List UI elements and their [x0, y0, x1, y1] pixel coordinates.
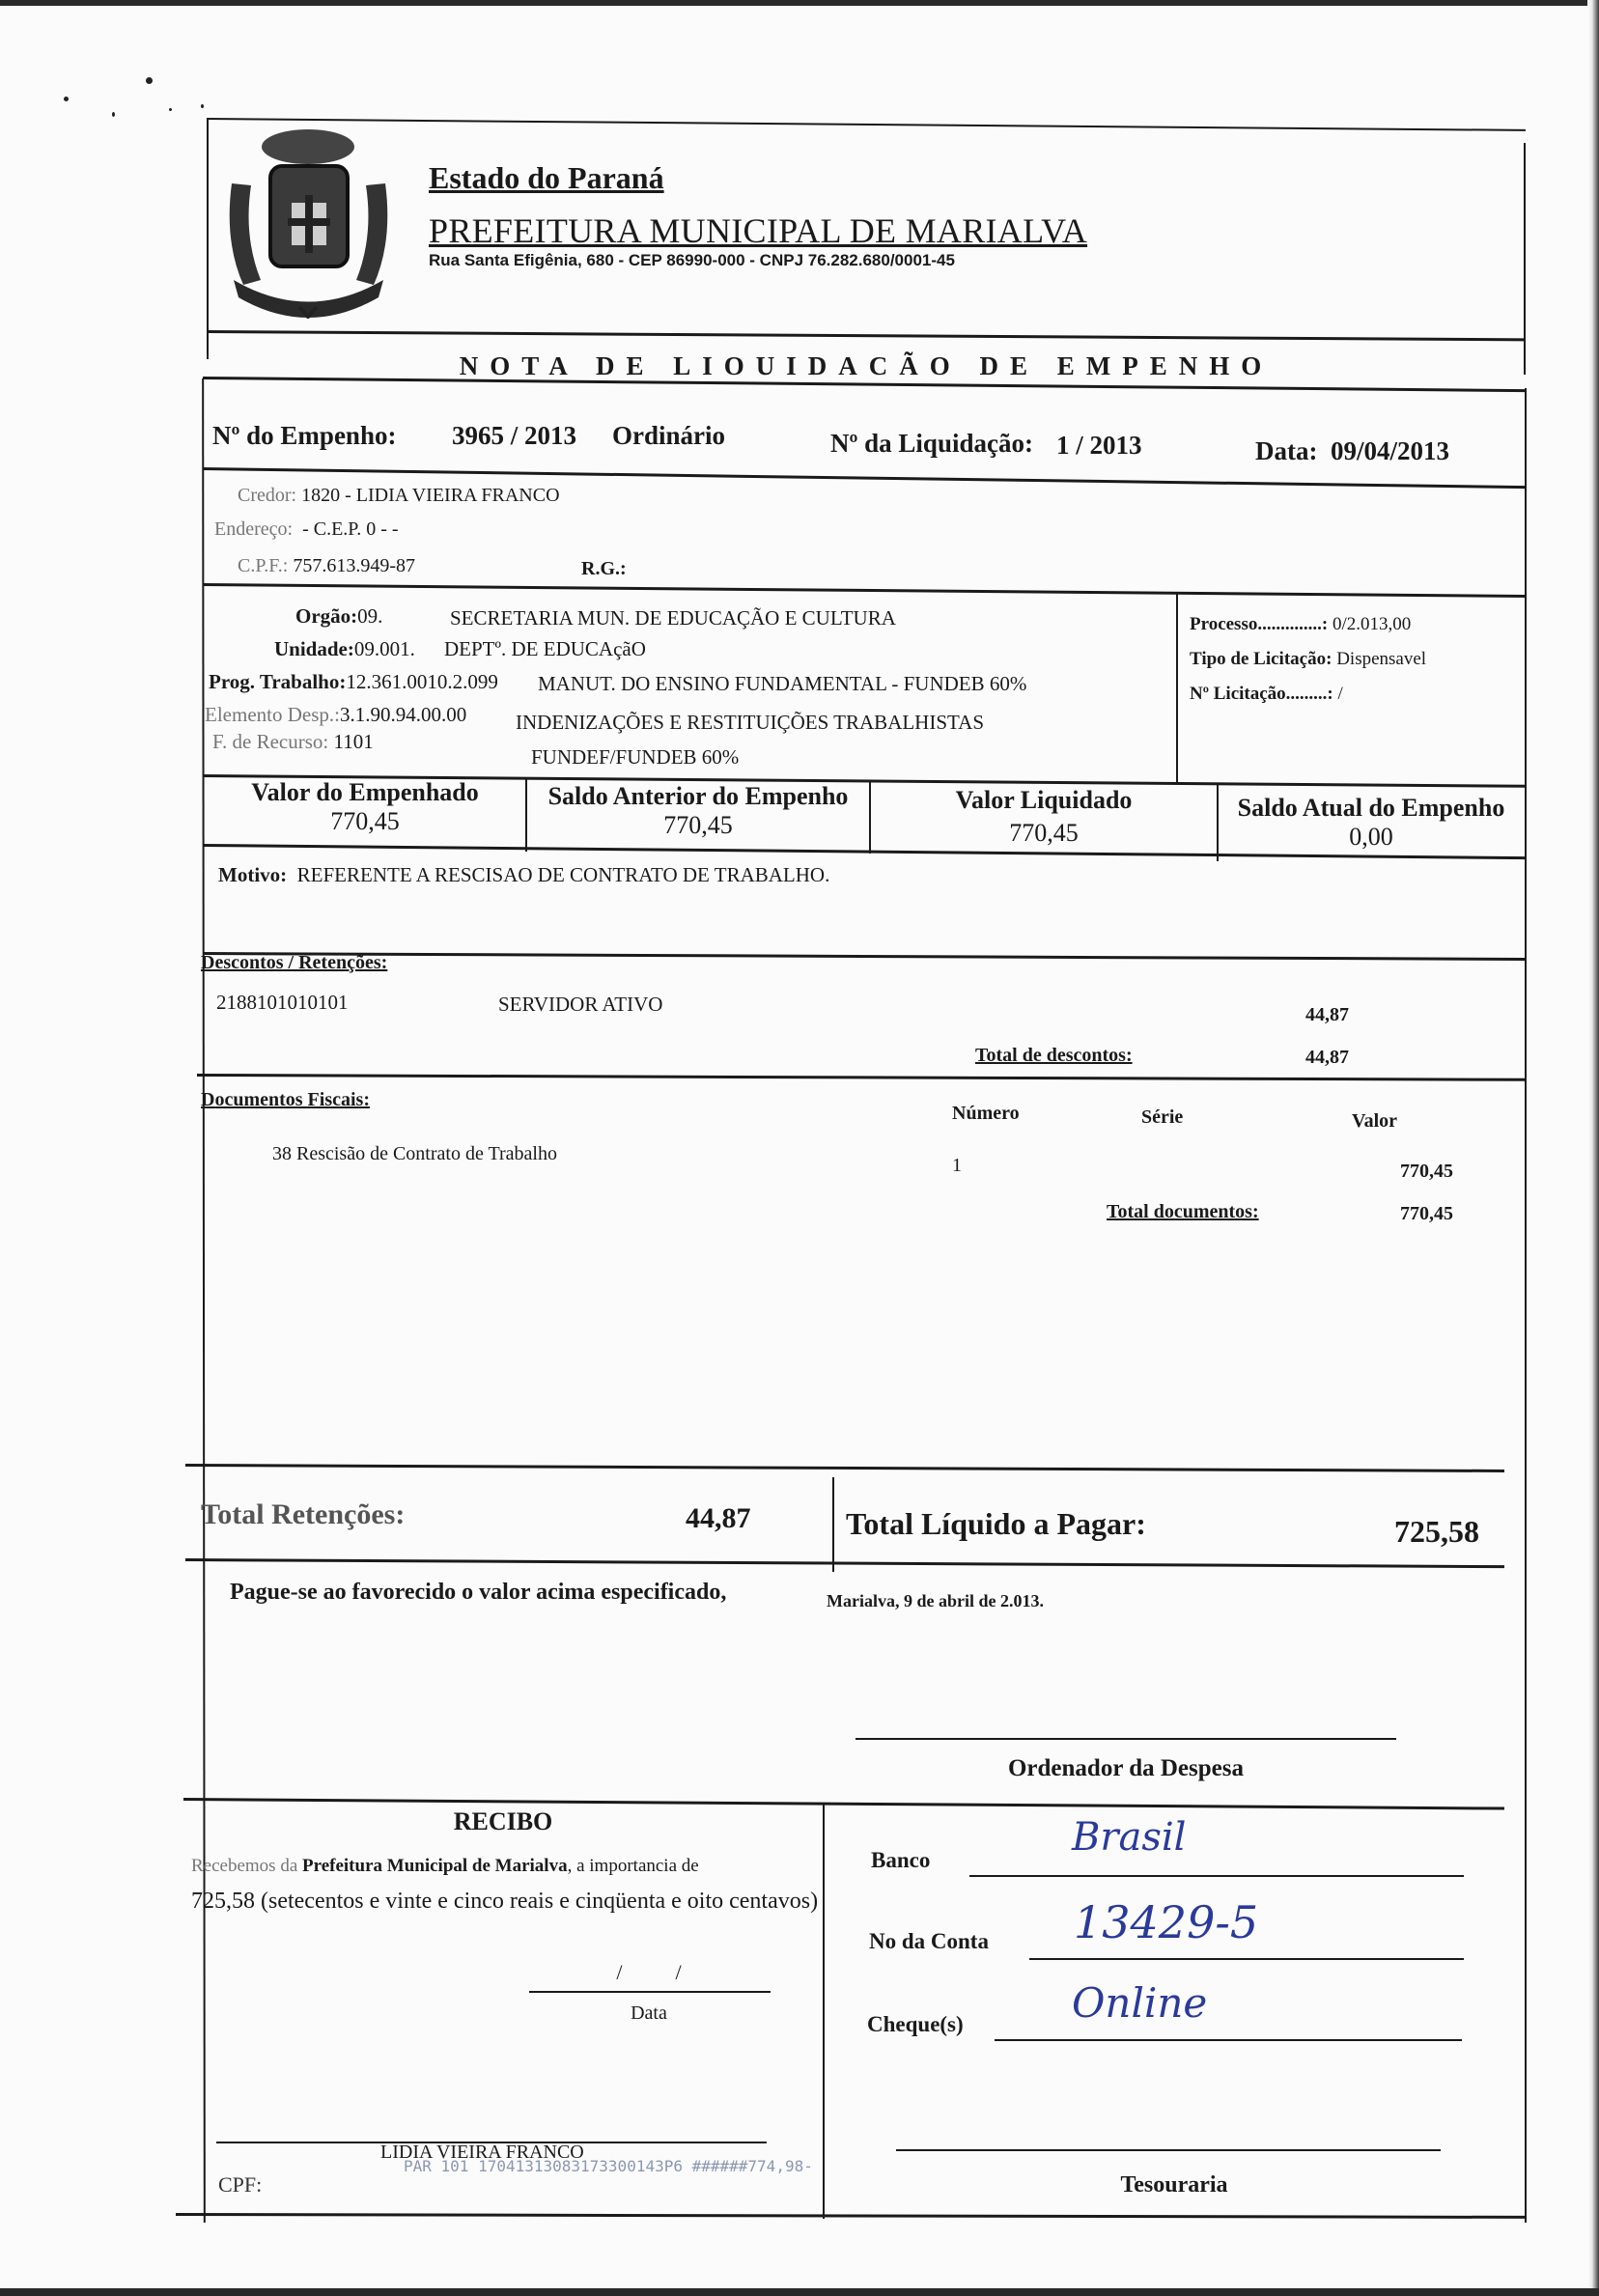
scan-edge: [0, 0, 1599, 6]
liquidacao-label: Nº da Liquidação:: [830, 429, 1033, 459]
documentos-total-value: 770,45: [1400, 1203, 1453, 1225]
valor-empenhado-label: Valor do Empenhado: [205, 778, 525, 807]
total-retencoes-label: Total Retenções:: [201, 1498, 405, 1531]
processo-line: Processo..............: 0/2.013,00: [1190, 614, 1411, 635]
border: [185, 1558, 1504, 1568]
tesouraria-label: Tesouraria: [825, 2172, 1524, 2198]
empenho-label: Nº do Empenho:: [212, 421, 396, 450]
scan-speck: [201, 104, 204, 108]
valor-liquidado-value: 770,45: [871, 819, 1217, 848]
numero-licitacao-line: Nº Licitação.........: /: [1190, 684, 1343, 705]
total-liquido-value: 725,58: [1394, 1514, 1479, 1550]
cpf-line: C.P.F.: 757.613.949-87: [238, 555, 415, 577]
prefeitura-address: Rua Santa Efigênia, 680 - CEP 86990-000 …: [429, 251, 955, 270]
processo-value: 0/2.013,00: [1332, 614, 1411, 634]
recurso-label: F. de Recurso:: [212, 730, 328, 753]
orgao-label: Orgão:: [295, 604, 357, 628]
empenho-number-field: Nº do Empenho:: [212, 421, 396, 451]
desconto-value: 44,87: [1305, 1004, 1349, 1026]
documento-numero: 1: [952, 1155, 962, 1177]
border: [185, 1464, 1504, 1472]
empenho-number: 3965 / 2013: [452, 421, 576, 451]
conta-line[interactable]: [1029, 1958, 1464, 1960]
ordenador-label: Ordenador da Despesa: [856, 1755, 1396, 1782]
border: [203, 583, 1526, 598]
unidade-line: Unidade:09.001.: [274, 637, 415, 661]
orgao-desc: SECRETARIA MUN. DE EDUCAÇÃO E CULTURA: [450, 606, 896, 630]
documento-valor: 770,45: [1400, 1161, 1453, 1183]
document-title: NOTA DE LIOUIDACÃO DE EMPENHO: [207, 351, 1526, 381]
prog-line: Prog. Trabalho:12.361.0010.2.099: [209, 670, 498, 694]
empenho-type: Ordinário: [612, 421, 725, 451]
recibo-date-slashes: / /: [527, 1960, 771, 1985]
recurso-code: 1101: [333, 730, 373, 753]
processo-label: Processo..............:: [1190, 614, 1328, 634]
border: [207, 118, 209, 359]
recibo-text-suffix: , a importancia de: [568, 1856, 699, 1876]
elemento-code: 3.1.90.94.00.00: [340, 703, 466, 726]
cheque-line[interactable]: [995, 2039, 1462, 2041]
recurso-desc: FUNDEF/FUNDEB 60%: [531, 745, 739, 770]
saldo-anterior-cell: Saldo Anterior do Empenho 770,45: [527, 782, 869, 840]
documento-desc: 38 Rescisão de Contrato de Trabalho: [272, 1143, 557, 1165]
descontos-total-label: Total de descontos:: [975, 1045, 1133, 1067]
banco-handwritten: Brasil: [1072, 1815, 1186, 1860]
orgao-code: 09.: [357, 604, 382, 628]
cheque-label: Cheque(s): [867, 2012, 964, 2037]
recibo-text: Recebemos da Prefeitura Municipal de Mar…: [191, 1852, 815, 1881]
scan-speck: [146, 77, 153, 84]
bank-stamp-overlay: PAR 101 17041313083173300143P6 ######774…: [404, 2157, 813, 2175]
pague-se-text: Pague-se ao favorecido o valor acima esp…: [230, 1580, 726, 1606]
desconto-code: 2188101010101: [216, 991, 349, 1015]
total-retencoes-value: 44,87: [686, 1502, 751, 1535]
recibo-cpf-label: CPF:: [218, 2172, 262, 2198]
recibo-amount-text: 725,58 (setecentos e vinte e cinco reais…: [191, 1887, 819, 1916]
descontos-heading: Descontos / Retenções:: [201, 952, 387, 974]
coat-of-arms-logo: [214, 126, 403, 319]
unidade-label: Unidade:: [274, 637, 354, 660]
scan-speck: [64, 97, 69, 101]
endereco-label: Endereço:: [214, 518, 293, 540]
saldo-anterior-label: Saldo Anterior do Empenho: [527, 782, 869, 811]
orgao-line: Orgão:09.: [295, 604, 382, 629]
saldo-atual-label: Saldo Atual do Empenho: [1219, 794, 1524, 823]
documentos-col-numero: Número: [952, 1103, 1020, 1125]
cpf-value: 757.613.949-87: [293, 555, 415, 576]
border: [1525, 388, 1527, 2223]
saldo-anterior-value: 770,45: [527, 811, 869, 840]
ordenador-signature-line: [856, 1738, 1396, 1740]
tipo-licitacao-line: Tipo de Licitação: Dispensavel: [1190, 649, 1426, 670]
valor-empenhado-value: 770,45: [205, 807, 525, 836]
documentos-total-label: Total documentos:: [1107, 1201, 1259, 1223]
desconto-desc: SERVIDOR ATIVO: [498, 993, 662, 1017]
unidade-desc: DEPTº. DE EDUCAçãO: [444, 637, 646, 661]
recurso-line: F. de Recurso: 1101: [212, 730, 374, 754]
total-liquido-label: Total Líquido a Pagar:: [846, 1506, 1146, 1542]
date-label: Data:: [1255, 436, 1317, 466]
valor-liquidado-cell: Valor Liquidado 770,45: [871, 786, 1217, 848]
border: [832, 1477, 834, 1572]
saldo-atual-cell: Saldo Atual do Empenho 0,00: [1219, 794, 1524, 852]
saldo-atual-value: 0,00: [1219, 823, 1524, 852]
border: [207, 118, 1526, 131]
border: [1176, 593, 1178, 782]
prog-label: Prog. Trabalho:: [209, 670, 346, 693]
motivo-line: Motivo: REFERENTE A RESCISAO DE CONTRATO…: [218, 863, 829, 887]
documentos-heading: Documentos Fiscais:: [201, 1089, 370, 1111]
descontos-total-value: 44,87: [1305, 1047, 1349, 1069]
endereco-line: Endereço: - C.E.P. 0 - -: [214, 518, 399, 541]
endereco-value: - C.E.P. 0 - -: [302, 518, 398, 540]
valor-liquidado-label: Valor Liquidado: [871, 786, 1217, 815]
recibo-text-prefix: Recebemos da: [191, 1856, 297, 1876]
documentos-col-serie: Série: [1141, 1106, 1183, 1129]
border: [203, 952, 1526, 961]
elemento-desc: INDENIZAÇÕES E RESTITUIÇÕES TRABALHISTAS: [516, 711, 984, 735]
prog-code: 12.361.0010.2.099: [346, 670, 498, 693]
numero-licitacao-value: /: [1338, 684, 1343, 704]
liquidacao-number: 1 / 2013: [1056, 431, 1142, 461]
cpf-label: C.P.F.:: [238, 555, 288, 576]
tipo-licitacao-value: Dispensavel: [1336, 649, 1426, 669]
recibo-text-bold: Prefeitura Municipal de Marialva: [302, 1856, 568, 1876]
credor-line: Credor: 1820 - LIDIA VIEIRA FRANCO: [238, 485, 560, 507]
date-value: 09/04/2013: [1331, 436, 1449, 466]
credor-label: Credor:: [238, 485, 296, 506]
conta-handwritten: 13429-5: [1074, 1896, 1258, 1948]
recibo-title: RECIBO: [183, 1807, 823, 1836]
scan-speck: [169, 108, 172, 111]
motivo-label: Motivo:: [218, 863, 287, 886]
unidade-code: 09.001.: [354, 637, 415, 660]
pague-se-local-data: Marialva, 9 de abril de 2.013.: [827, 1591, 1044, 1611]
tesouraria-signature-line[interactable]: [896, 2149, 1441, 2151]
state-name: Estado do Paraná: [429, 160, 664, 196]
documentos-col-valor: Valor: [1352, 1110, 1397, 1133]
border: [823, 1804, 825, 2219]
conta-label: No da Conta: [869, 1929, 989, 1954]
motivo-value: REFERENTE A RESCISAO DE CONTRATO DE TRAB…: [297, 863, 830, 886]
cheque-handwritten: Online: [1072, 1979, 1207, 2027]
credor-value: 1820 - LIDIA VIEIRA FRANCO: [301, 485, 559, 506]
prog-desc: MANUT. DO ENSINO FUNDAMENTAL - FUNDEB 60…: [538, 672, 1026, 696]
banco-label: Banco: [871, 1848, 930, 1873]
border: [176, 2213, 1526, 2219]
rg-label: R.G.:: [581, 558, 627, 580]
scan-edge: [0, 2288, 1599, 2296]
scan-edge: [1587, 0, 1599, 2296]
valor-empenhado-cell: Valor do Empenhado 770,45: [205, 778, 525, 836]
border: [207, 330, 1526, 341]
elemento-label: Elemento Desp.:: [205, 703, 340, 726]
recibo-date-line[interactable]: [529, 1991, 771, 1993]
recibo-date-label: Data: [527, 2002, 771, 2025]
border: [202, 378, 206, 2223]
tipo-licitacao-label: Tipo de Licitação:: [1190, 649, 1332, 669]
elemento-line: Elemento Desp.:3.1.90.94.00.00: [205, 703, 466, 727]
prefeitura-name: PREFEITURA MUNICIPAL DE MARIALVA: [429, 210, 1087, 251]
border: [197, 1074, 1526, 1081]
banco-line[interactable]: [969, 1875, 1464, 1877]
scan-speck: [112, 112, 115, 117]
numero-licitacao-label: Nº Licitação.........:: [1190, 684, 1333, 704]
